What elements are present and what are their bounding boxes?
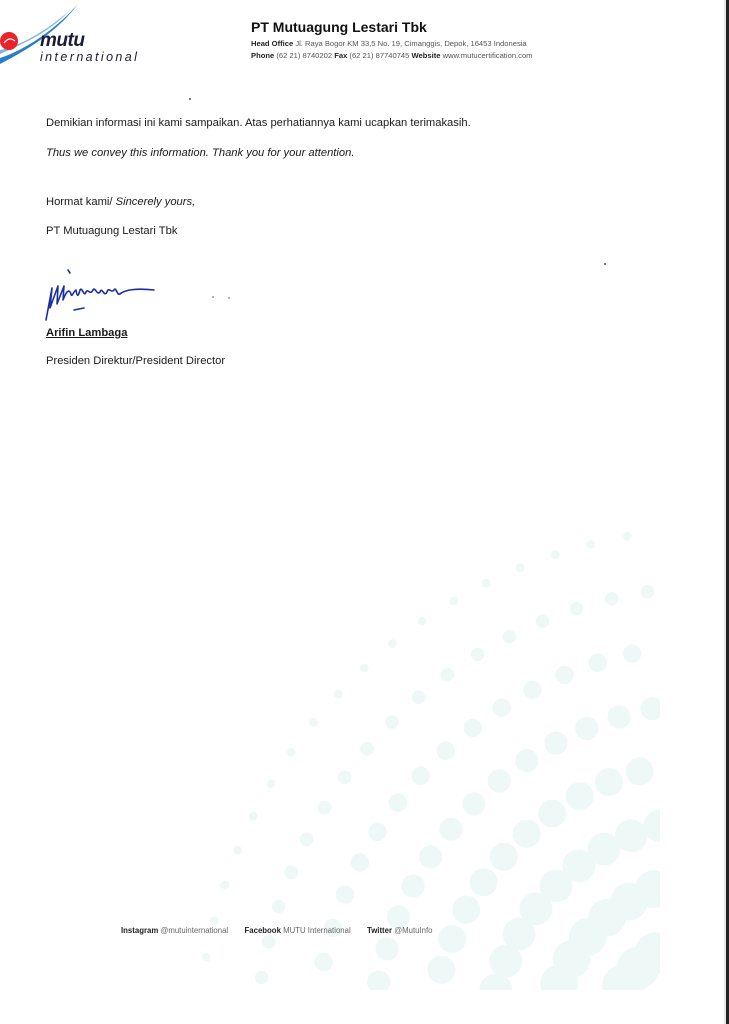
instagram-label: Instagram bbox=[121, 926, 158, 935]
head-office-label: Head Office bbox=[251, 39, 293, 48]
closing-indonesian: Demikian informasi ini kami sampaikan. A… bbox=[46, 117, 471, 129]
scan-speck bbox=[212, 296, 214, 298]
website-link[interactable]: www.mutucertification.com bbox=[443, 51, 533, 60]
signer-title: Presiden Direktur/President Director bbox=[46, 355, 225, 367]
watermark-dot-pattern bbox=[200, 490, 660, 990]
company-name: PT Mutuagung Lestari Tbk bbox=[251, 19, 533, 35]
fax-label: Fax bbox=[334, 51, 347, 60]
phone-value: (62 21) 8740202 bbox=[276, 51, 332, 60]
phone-label: Phone bbox=[251, 51, 274, 60]
scan-speck bbox=[189, 98, 191, 100]
logo-brand: mutu bbox=[40, 30, 84, 52]
sender-company: PT Mutuagung Lestari Tbk bbox=[46, 225, 177, 237]
letterhead: PT Mutuagung Lestari Tbk Head Office Jl.… bbox=[251, 19, 533, 60]
instagram-handle[interactable]: @mutuinternational bbox=[160, 926, 228, 935]
closing-english: Thus we convey this information. Thank y… bbox=[46, 147, 354, 159]
company-logo: mutu international bbox=[0, 0, 170, 70]
fax-value: (62 21) 87740745 bbox=[349, 51, 409, 60]
logo-subtitle: international bbox=[40, 50, 139, 64]
regards-indonesian: Hormat kami/ bbox=[46, 196, 116, 208]
regards-english: Sincerely yours, bbox=[116, 196, 196, 208]
social-footer: Instagram @mutuinternational Facebook MU… bbox=[121, 926, 432, 935]
signature-icon bbox=[40, 268, 165, 328]
head-office-line: Head Office Jl. Raya Bogor KM 33,5 No. 1… bbox=[251, 39, 533, 48]
regards-line: Hormat kami/ Sincerely yours, bbox=[46, 196, 195, 208]
website-label: Website bbox=[412, 51, 441, 60]
scan-speck bbox=[228, 297, 230, 299]
scan-speck bbox=[604, 263, 606, 265]
facebook-label: Facebook bbox=[245, 926, 281, 935]
twitter-handle[interactable]: @MutuInfo bbox=[394, 926, 432, 935]
twitter-label: Twitter bbox=[367, 926, 392, 935]
facebook-handle[interactable]: MUTU International bbox=[283, 926, 351, 935]
head-office-address: Jl. Raya Bogor KM 33,5 No. 19, Cimanggis… bbox=[295, 39, 526, 48]
contact-line: Phone (62 21) 8740202 Fax (62 21) 877407… bbox=[251, 51, 533, 60]
signature bbox=[40, 268, 165, 333]
